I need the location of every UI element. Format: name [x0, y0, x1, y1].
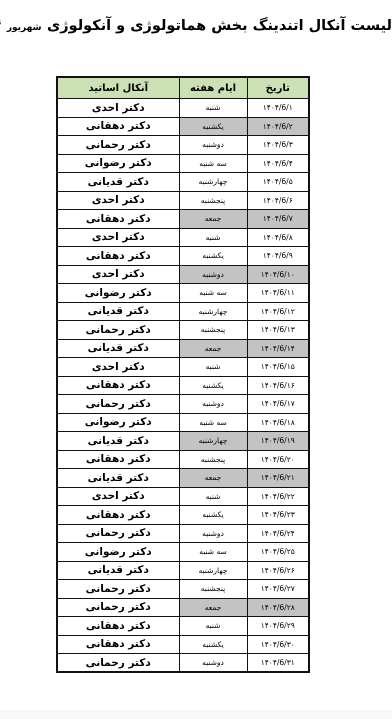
oncall-doctor-cell: دکتر رحمانی — [57, 598, 179, 617]
table-row: ۱۴۰۴/6/۲۶چهارشنبهدکتر قدیانی — [57, 561, 309, 580]
oncall-doctor-cell: دکتر قدیانی — [57, 469, 179, 488]
weekday-cell: پنجشنبه — [179, 321, 247, 340]
date-cell: ۱۴۰۴/6/۲۰ — [247, 450, 309, 469]
weekday-cell: جمعه — [179, 469, 247, 488]
weekday-cell: چهارشنبه — [179, 302, 247, 321]
table-row: ۱۴۰۴/6/۲یکشنبهدکتر دهقانی — [57, 117, 309, 136]
page-title-month: شهریور — [7, 23, 42, 33]
column-header-weekday: ایام هفته — [179, 77, 247, 99]
table-row: ۱۴۰۴/6/۲۸جمعهدکتر رحمانی — [57, 598, 309, 617]
date-cell: ۱۴۰۴/6/۱۴ — [247, 339, 309, 358]
oncall-doctor-cell: دکتر قدیانی — [57, 561, 179, 580]
oncall-doctor-cell: دکتر رحمانی — [57, 395, 179, 414]
oncall-doctor-cell: دکتر احدی — [57, 265, 179, 284]
weekday-cell: چهارشنبه — [179, 432, 247, 451]
date-cell: ۱۴۰۴/6/۲۱ — [247, 469, 309, 488]
oncall-doctor-cell: دکتر احدی — [57, 487, 179, 506]
weekday-cell: یکشنبه — [179, 247, 247, 266]
weekday-cell: یکشنبه — [179, 506, 247, 525]
weekday-cell: یکشنبه — [179, 635, 247, 654]
oncall-doctor-cell: دکتر دهقانی — [57, 635, 179, 654]
table-row: ۱۴۰۴/6/۲۳یکشنبهدکتر دهقانی — [57, 506, 309, 525]
weekday-cell: پنجشنبه — [179, 191, 247, 210]
date-cell: ۱۴۰۴/6/۹ — [247, 247, 309, 266]
oncall-doctor-cell: دکتر احدی — [57, 191, 179, 210]
table-row: ۱۴۰۴/6/۱۲چهارشنبهدکتر قدیانی — [57, 302, 309, 321]
date-cell: ۱۴۰۴/6/۳۱ — [247, 654, 309, 673]
weekday-cell: شنبه — [179, 228, 247, 247]
table-row: ۱۴۰۴/6/۱۰دوشنبهدکتر احدی — [57, 265, 309, 284]
oncall-doctor-cell: دکتر رحمانی — [57, 136, 179, 155]
weekday-cell: جمعه — [179, 339, 247, 358]
oncall-doctor-cell: دکتر رضوانی — [57, 284, 179, 303]
oncall-doctor-cell: دکتر احدی — [57, 99, 179, 118]
oncall-doctor-cell: دکتر دهقانی — [57, 247, 179, 266]
date-cell: ۱۴۰۴/6/۲ — [247, 117, 309, 136]
weekday-cell: پنجشنبه — [179, 580, 247, 599]
table-header-row: تاریخ ایام هفته آنکال اساتید — [57, 77, 309, 99]
date-cell: ۱۴۰۴/6/۳ — [247, 136, 309, 155]
table-row: ۱۴۰۴/6/۱۵شنبهدکتر احدی — [57, 358, 309, 377]
date-cell: ۱۴۰۴/6/۷ — [247, 210, 309, 229]
weekday-cell: شنبه — [179, 617, 247, 636]
schedule-body: ۱۴۰۴/6/۱شنبهدکتر احدی۱۴۰۴/6/۲یکشنبهدکتر … — [57, 99, 309, 673]
date-cell: ۱۴۰۴/6/۱۱ — [247, 284, 309, 303]
weekday-cell: شنبه — [179, 487, 247, 506]
date-cell: ۱۴۰۴/6/۱۵ — [247, 358, 309, 377]
weekday-cell: چهارشنبه — [179, 173, 247, 192]
date-cell: ۱۴۰۴/6/۲۴ — [247, 524, 309, 543]
table-row: ۱۴۰۴/6/۲۷پنجشنبهدکتر رحمانی — [57, 580, 309, 599]
oncall-doctor-cell: دکتر رضوانی — [57, 543, 179, 562]
oncall-doctor-cell: دکتر قدیانی — [57, 173, 179, 192]
date-cell: ۱۴۰۴/6/۲۲ — [247, 487, 309, 506]
date-cell: ۱۴۰۴/6/۴ — [247, 154, 309, 173]
oncall-doctor-cell: دکتر رحمانی — [57, 524, 179, 543]
table-row: ۱۴۰۴/6/۳۰یکشنبهدکتر دهقانی — [57, 635, 309, 654]
table-row: ۱۴۰۴/6/۱۳پنجشنبهدکتر رحمانی — [57, 321, 309, 340]
table-row: ۱۴۰۴/6/۶پنجشنبهدکتر احدی — [57, 191, 309, 210]
date-cell: ۱۴۰۴/6/۱۸ — [247, 413, 309, 432]
date-cell: ۱۴۰۴/6/۲۶ — [247, 561, 309, 580]
date-cell: ۱۴۰۴/6/۲۹ — [247, 617, 309, 636]
oncall-doctor-cell: دکتر رضوانی — [57, 413, 179, 432]
weekday-cell: جمعه — [179, 598, 247, 617]
weekday-cell: سه شنبه — [179, 284, 247, 303]
oncall-doctor-cell: دکتر رحمانی — [57, 580, 179, 599]
oncall-doctor-cell: دکتر رحمانی — [57, 654, 179, 673]
date-cell: ۱۴۰۴/6/۲۸ — [247, 598, 309, 617]
weekday-cell: یکشنبه — [179, 117, 247, 136]
weekday-cell: دوشنبه — [179, 654, 247, 673]
table-row: ۱۴۰۴/6/۱شنبهدکتر احدی — [57, 99, 309, 118]
date-cell: ۱۴۰۴/6/۱ — [247, 99, 309, 118]
table-row: ۱۴۰۴/6/۱۹چهارشنبهدکتر قدیانی — [57, 432, 309, 451]
table-row: ۱۴۰۴/6/۳۱دوشنبهدکتر رحمانی — [57, 654, 309, 673]
oncall-doctor-cell: دکتر دهقانی — [57, 117, 179, 136]
page-title-year: ۱۴۰۴ — [0, 15, 1, 34]
oncall-doctor-cell: دکتر دهقانی — [57, 450, 179, 469]
table-row: ۱۴۰۴/6/۳دوشنبهدکتر رحمانی — [57, 136, 309, 155]
oncall-doctor-cell: دکتر دهقانی — [57, 376, 179, 395]
table-row: ۱۴۰۴/6/۴سه شنبهدکتر رضوانی — [57, 154, 309, 173]
table-row: ۱۴۰۴/6/۱۷دوشنبهدکتر رحمانی — [57, 395, 309, 414]
column-header-oncall: آنکال اساتید — [57, 77, 179, 99]
oncall-schedule-table: تاریخ ایام هفته آنکال اساتید ۱۴۰۴/6/۱شنب… — [56, 76, 310, 673]
oncall-doctor-cell: دکتر رضوانی — [57, 154, 179, 173]
date-cell: ۱۴۰۴/6/۱۲ — [247, 302, 309, 321]
table-row: ۱۴۰۴/6/۲۰پنجشنبهدکتر دهقانی — [57, 450, 309, 469]
date-cell: ۱۴۰۴/6/۲۵ — [247, 543, 309, 562]
weekday-cell: سه شنبه — [179, 543, 247, 562]
oncall-doctor-cell: دکتر دهقانی — [57, 506, 179, 525]
page-title-text: لیست آنکال اتندینگ بخش هماتولوژی و آنکول… — [47, 18, 392, 34]
weekday-cell: دوشنبه — [179, 265, 247, 284]
oncall-doctor-cell: دکتر دهقانی — [57, 617, 179, 636]
weekday-cell: سه شنبه — [179, 154, 247, 173]
table-row: ۱۴۰۴/6/۲۲شنبهدکتر احدی — [57, 487, 309, 506]
oncall-doctor-cell: دکتر قدیانی — [57, 339, 179, 358]
weekday-cell: جمعه — [179, 210, 247, 229]
date-cell: ۱۴۰۴/6/۱۳ — [247, 321, 309, 340]
date-cell: ۱۴۰۴/6/۱۹ — [247, 432, 309, 451]
table-row: ۱۴۰۴/6/۵چهارشنبهدکتر قدیانی — [57, 173, 309, 192]
date-cell: ۱۴۰۴/6/۱۶ — [247, 376, 309, 395]
weekday-cell: یکشنبه — [179, 376, 247, 395]
oncall-doctor-cell: دکتر احدی — [57, 228, 179, 247]
table-row: ۱۴۰۴/6/۲۴دوشنبهدکتر رحمانی — [57, 524, 309, 543]
table-row: ۱۴۰۴/6/۱۱سه شنبهدکتر رضوانی — [57, 284, 309, 303]
weekday-cell: پنجشنبه — [179, 450, 247, 469]
oncall-doctor-cell: دکتر قدیانی — [57, 302, 179, 321]
table-row: ۱۴۰۴/6/۲۱جمعهدکتر قدیانی — [57, 469, 309, 488]
weekday-cell: شنبه — [179, 99, 247, 118]
weekday-cell: شنبه — [179, 358, 247, 377]
weekday-cell: دوشنبه — [179, 524, 247, 543]
table-header: تاریخ ایام هفته آنکال اساتید — [57, 77, 309, 99]
date-cell: ۱۴۰۴/6/۱۰ — [247, 265, 309, 284]
table-row: ۱۴۰۴/6/۲۵سه شنبهدکتر رضوانی — [57, 543, 309, 562]
date-cell: ۱۴۰۴/6/۱۷ — [247, 395, 309, 414]
weekday-cell: چهارشنبه — [179, 561, 247, 580]
page-bottom-edge — [0, 710, 392, 719]
page-title: لیست آنکال اتندینگ بخش هماتولوژی و آنکول… — [0, 15, 392, 34]
table-row: ۱۴۰۴/6/۲۹شنبهدکتر دهقانی — [57, 617, 309, 636]
oncall-doctor-cell: دکتر احدی — [57, 358, 179, 377]
oncall-doctor-cell: دکتر قدیانی — [57, 432, 179, 451]
table-row: ۱۴۰۴/6/۱۶یکشنبهدکتر دهقانی — [57, 376, 309, 395]
oncall-doctor-cell: دکتر دهقانی — [57, 210, 179, 229]
oncall-doctor-cell: دکتر رحمانی — [57, 321, 179, 340]
weekday-cell: دوشنبه — [179, 395, 247, 414]
date-cell: ۱۴۰۴/6/۸ — [247, 228, 309, 247]
weekday-cell: دوشنبه — [179, 136, 247, 155]
date-cell: ۱۴۰۴/6/۳۰ — [247, 635, 309, 654]
table-row: ۱۴۰۴/6/۱۸سه شنبهدکتر رضوانی — [57, 413, 309, 432]
table-row: ۱۴۰۴/6/۹یکشنبهدکتر دهقانی — [57, 247, 309, 266]
weekday-cell: سه شنبه — [179, 413, 247, 432]
table-row: ۱۴۰۴/6/۸شنبهدکتر احدی — [57, 228, 309, 247]
table-row: ۱۴۰۴/6/۱۴جمعهدکتر قدیانی — [57, 339, 309, 358]
date-cell: ۱۴۰۴/6/۵ — [247, 173, 309, 192]
date-cell: ۱۴۰۴/6/۲۳ — [247, 506, 309, 525]
date-cell: ۱۴۰۴/6/۶ — [247, 191, 309, 210]
table-row: ۱۴۰۴/6/۷جمعهدکتر دهقانی — [57, 210, 309, 229]
column-header-date: تاریخ — [247, 77, 309, 99]
date-cell: ۱۴۰۴/6/۲۷ — [247, 580, 309, 599]
